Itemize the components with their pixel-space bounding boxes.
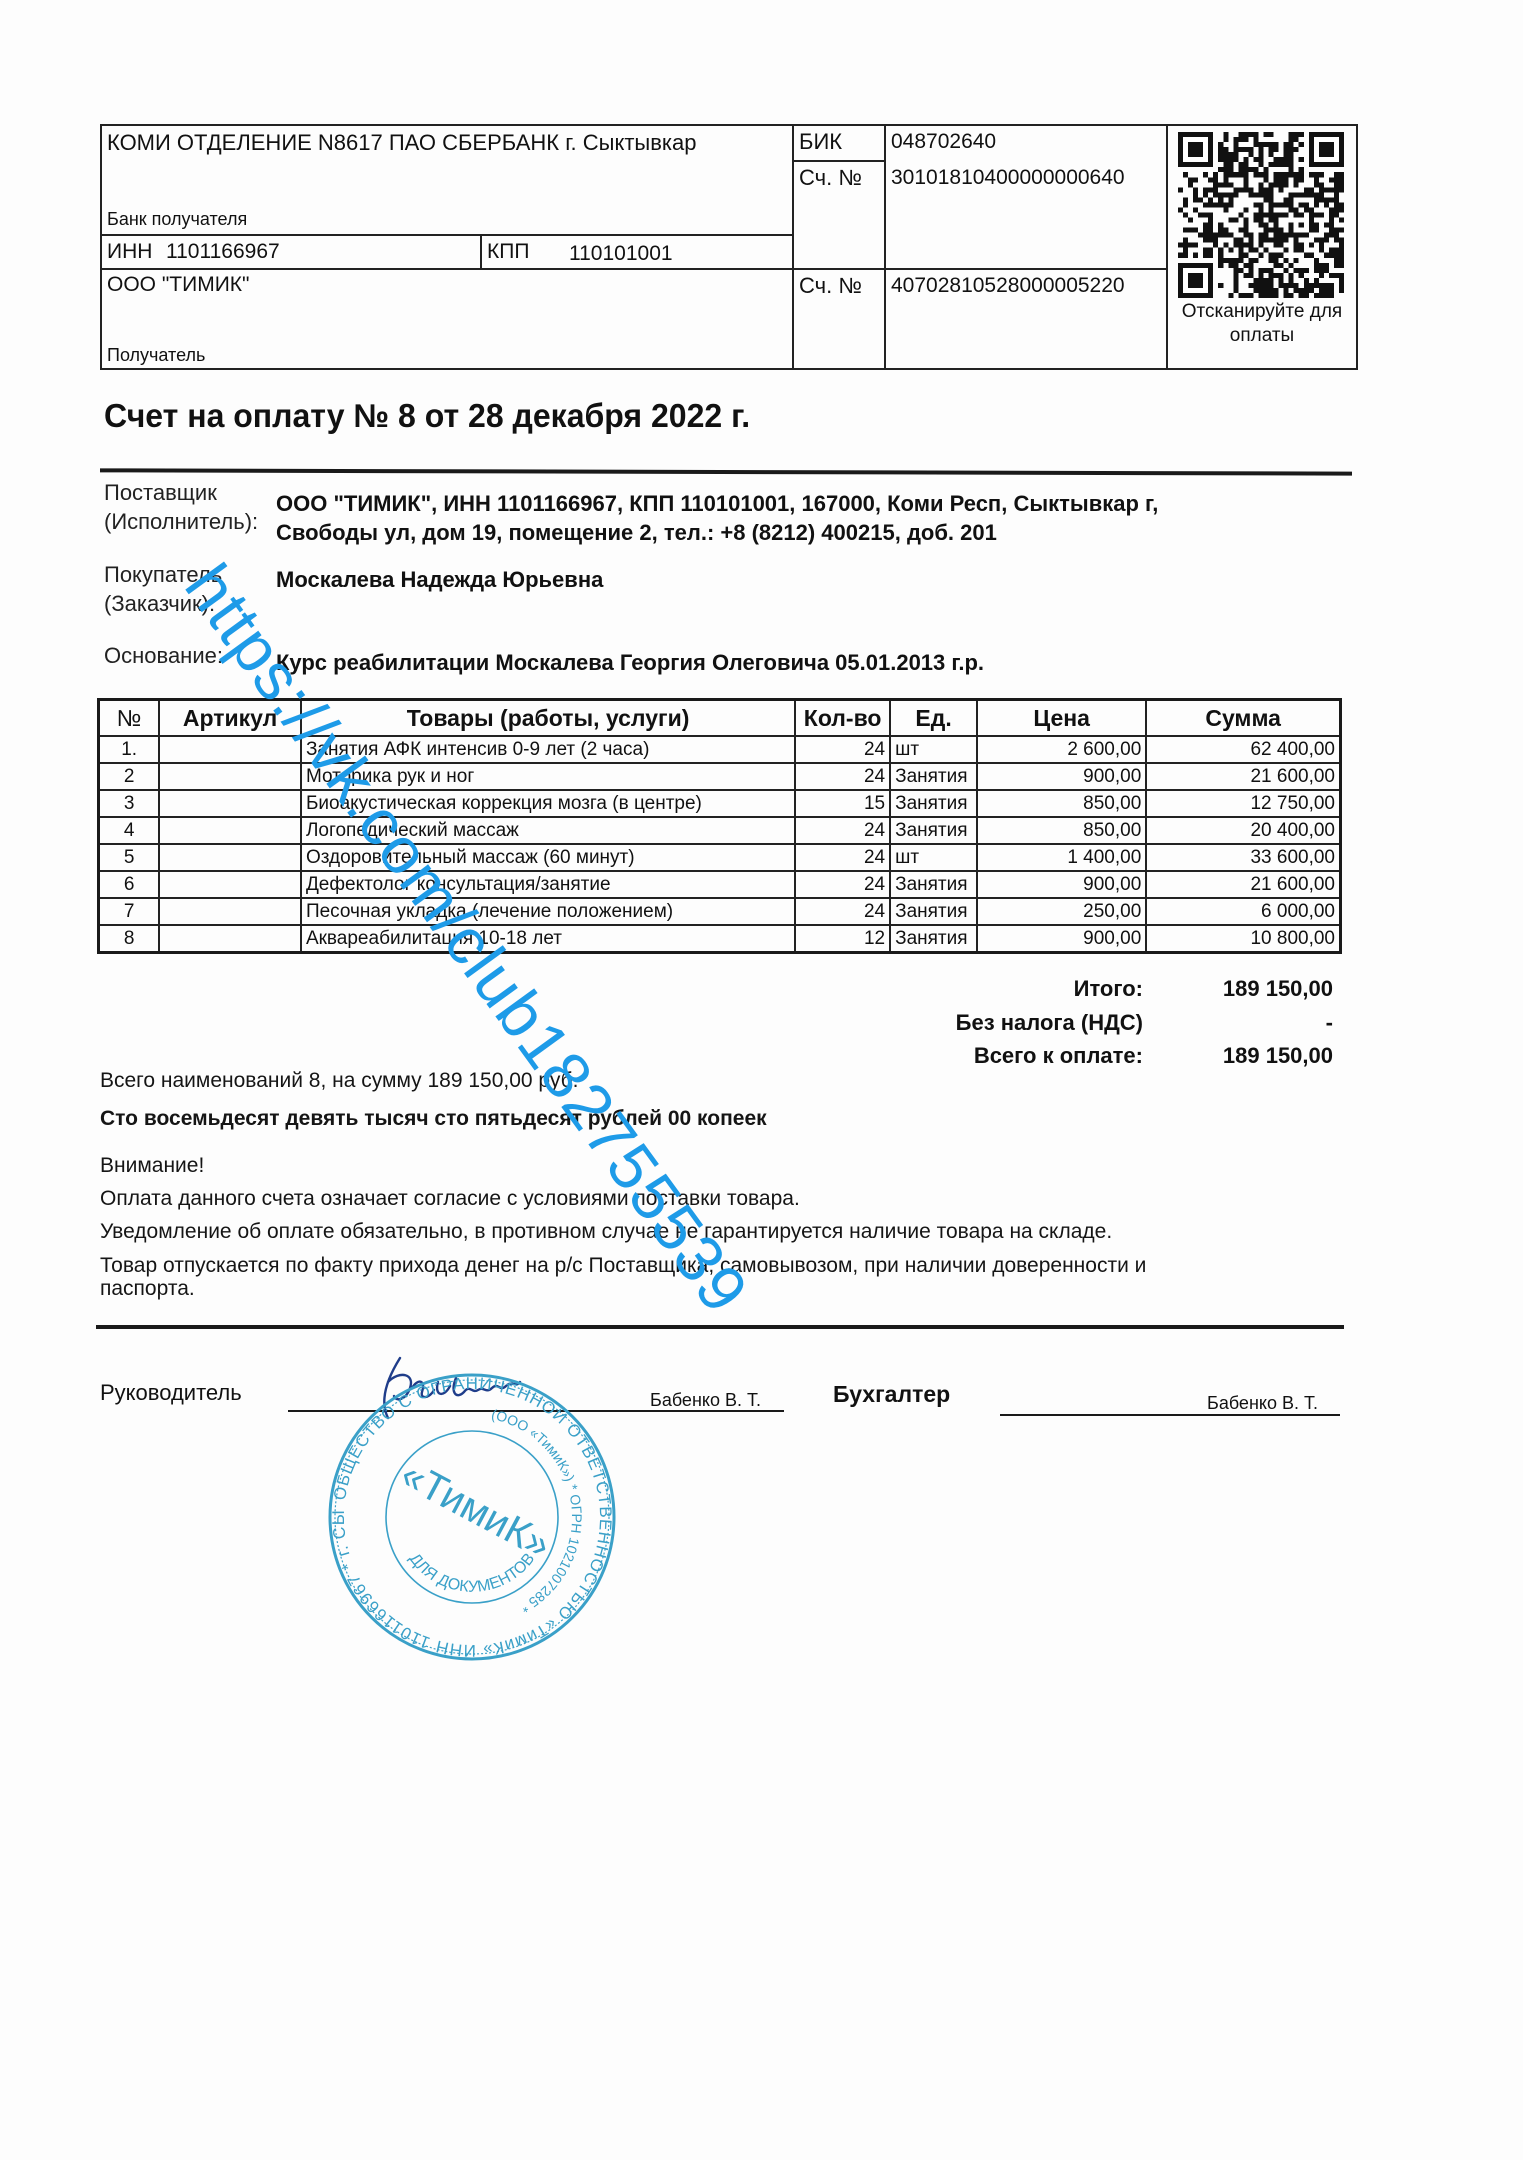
notice-line-4: паспорта. <box>100 1276 195 1301</box>
row-number: 2 <box>99 763 160 790</box>
account-value: 40702810528000005220 <box>891 274 1125 298</box>
recipient-label: Получатель <box>107 345 205 366</box>
supplier-label: Поставщик (Исполнитель): <box>104 478 258 536</box>
row-sku <box>159 925 301 953</box>
row-sum: 20 400,00 <box>1146 817 1340 844</box>
corr-account-label: Сч. № <box>799 165 862 191</box>
row-unit: Занятия <box>890 871 977 898</box>
row-unit: Занятия <box>890 925 977 953</box>
inn-label: ИНН <box>107 240 152 264</box>
row-price: 900,00 <box>977 763 1146 790</box>
row-price: 250,00 <box>977 898 1146 925</box>
amount-in-words: Сто восемьдесят девять тысяч сто пятьдес… <box>100 1106 767 1131</box>
recipient-name: ООО "ТИМИК" <box>107 273 250 297</box>
director-name: Бабенко В. Т. <box>650 1390 761 1411</box>
row-price: 2 600,00 <box>977 736 1146 763</box>
bik-value: 048702640 <box>891 130 996 154</box>
col-qty: Кол-во <box>795 700 890 737</box>
account-label-cell: Сч. № <box>794 270 886 370</box>
row-qty: 24 <box>795 763 890 790</box>
total-value: 189 150,00 <box>1223 976 1333 1002</box>
supplier-details: ООО "ТИМИК", ИНН 1101166967, КПП 1101010… <box>276 489 1158 547</box>
row-price: 900,00 <box>977 925 1146 953</box>
table-row: 2Моторика рук и ног24Занятия900,0021 600… <box>99 763 1341 790</box>
row-sum: 33 600,00 <box>1146 844 1340 871</box>
row-qty: 24 <box>795 844 890 871</box>
corr-account-value: 30101810400000000640 <box>891 166 1125 190</box>
qr-caption-line-1: Отсканируйте для <box>1168 300 1356 324</box>
row-sum: 21 600,00 <box>1146 763 1340 790</box>
row-sku <box>159 871 301 898</box>
supplier-label-line-2: (Исполнитель): <box>104 507 258 536</box>
company-stamp: ОБЩЕСТВО С ОГРАНИЧЕННОЙ ОТВЕТСТВЕННОСТЬЮ… <box>322 1372 622 1662</box>
row-unit: Занятия <box>890 817 977 844</box>
table-row: 5Оздоровительный массаж (60 минут)24шт1 … <box>99 844 1341 871</box>
account-value-cell: 40702810528000005220 <box>886 270 1168 370</box>
supplier-line-2: Свободы ул, дом 19, помещение 2, тел.: +… <box>276 518 1158 547</box>
row-qty: 24 <box>795 817 890 844</box>
row-number: 6 <box>99 871 160 898</box>
row-sku <box>159 817 301 844</box>
row-unit: Занятия <box>890 790 977 817</box>
row-goods: Песочная укладка (лечение положением) <box>301 898 795 925</box>
row-qty: 24 <box>795 898 890 925</box>
to-pay-label: Всего к оплате: <box>974 1043 1143 1069</box>
row-qty: 24 <box>795 871 890 898</box>
row-number: 3 <box>99 790 160 817</box>
row-qty: 12 <box>795 925 890 953</box>
table-row: 6Дефектолог консультация/занятие24Заняти… <box>99 871 1341 898</box>
row-sku <box>159 844 301 871</box>
accountant-name: Бабенко В. Т. <box>1207 1393 1318 1414</box>
bank-name: КОМИ ОТДЕЛЕНИЕ N8617 ПАО СБЕРБАНК г. Сык… <box>107 130 697 156</box>
inn-cell: ИНН 1101166967 <box>102 236 482 270</box>
recipient-cell: ООО "ТИМИК" Получатель <box>102 270 794 370</box>
bik-label: БИК <box>799 129 842 155</box>
accountant-label: Бухгалтер <box>833 1381 950 1408</box>
supplier-label-line-1: Поставщик <box>104 478 258 507</box>
row-qty: 24 <box>795 736 890 763</box>
notice-line-3: Товар отпускается по факту прихода денег… <box>100 1253 1146 1278</box>
row-number: 5 <box>99 844 160 871</box>
row-sum: 62 400,00 <box>1146 736 1340 763</box>
supplier-line-1: ООО "ТИМИК", ИНН 1101166967, КПП 1101010… <box>276 489 1158 518</box>
col-price: Цена <box>977 700 1146 737</box>
notice-heading: Внимание! <box>100 1153 204 1178</box>
corr-account-label-cell: Сч. № <box>794 162 886 270</box>
col-goods: Товары (работы, услуги) <box>301 700 795 737</box>
row-sku <box>159 790 301 817</box>
row-unit: Занятия <box>890 898 977 925</box>
row-qty: 15 <box>795 790 890 817</box>
kpp-label: КПП <box>487 240 529 264</box>
kpp-value: 110101001 <box>569 242 673 266</box>
row-number: 1. <box>99 736 160 763</box>
account-label: Сч. № <box>799 273 862 299</box>
row-sum: 21 600,00 <box>1146 871 1340 898</box>
row-price: 850,00 <box>977 790 1146 817</box>
row-sku <box>159 763 301 790</box>
stamp-center-text: «ТимиК» <box>394 1452 558 1567</box>
title-divider <box>100 468 1352 475</box>
row-price: 900,00 <box>977 871 1146 898</box>
bank-label: Банк получателя <box>107 209 247 230</box>
inn-value: 1101166967 <box>166 240 280 264</box>
director-label: Руководитель <box>100 1380 242 1406</box>
row-unit: Занятия <box>890 763 977 790</box>
vat-value: - <box>1326 1010 1333 1036</box>
kpp-cell: КПП 110101001 <box>482 236 794 270</box>
to-pay-value: 189 150,00 <box>1223 1043 1333 1069</box>
row-unit: шт <box>890 736 977 763</box>
qr-caption-line-2: оплаты <box>1168 324 1356 348</box>
col-unit: Ед. <box>890 700 977 737</box>
bik-label-cell: БИК <box>794 126 886 162</box>
row-number: 8 <box>99 925 160 953</box>
col-number: № <box>99 700 160 737</box>
qr-caption: Отсканируйте для оплаты <box>1168 300 1356 348</box>
row-number: 7 <box>99 898 160 925</box>
buyer-name: Москалева Надежда Юрьевна <box>276 565 603 594</box>
col-sum: Сумма <box>1146 700 1340 737</box>
qr-code-icon[interactable] <box>1178 132 1344 298</box>
qr-cell: Отсканируйте для оплаты <box>1168 126 1356 370</box>
invoice-title: Счет на оплату № 8 от 28 декабря 2022 г. <box>104 397 750 435</box>
row-sku <box>159 898 301 925</box>
row-unit: шт <box>890 844 977 871</box>
row-number: 4 <box>99 817 160 844</box>
row-price: 850,00 <box>977 817 1146 844</box>
accountant-signature-line <box>1000 1414 1340 1416</box>
row-sum: 6 000,00 <box>1146 898 1340 925</box>
row-price: 1 400,00 <box>977 844 1146 871</box>
notice-divider <box>96 1325 1344 1329</box>
vat-label: Без налога (НДС) <box>956 1010 1143 1036</box>
total-label: Итого: <box>1074 976 1143 1002</box>
bank-details-box: КОМИ ОТДЕЛЕНИЕ N8617 ПАО СБЕРБАНК г. Сык… <box>100 124 1358 370</box>
items-count-summary: Всего наименований 8, на сумму 189 150,0… <box>100 1068 578 1093</box>
row-goods: Аквареабилитация 10-18 лет <box>301 925 795 953</box>
basis-label: Основание: <box>104 641 223 670</box>
table-row: 8Аквареабилитация 10-18 лет12Занятия900,… <box>99 925 1341 953</box>
basis-value: Курс реабилитации Москалева Георгия Олег… <box>276 648 984 677</box>
row-sum: 10 800,00 <box>1146 925 1340 953</box>
corr-account-value-cell: 30101810400000000640 <box>886 162 1168 270</box>
bik-value-cell: 048702640 <box>886 126 1168 162</box>
table-row: 7Песочная укладка (лечение положением)24… <box>99 898 1341 925</box>
bank-name-cell: КОМИ ОТДЕЛЕНИЕ N8617 ПАО СБЕРБАНК г. Сык… <box>102 126 794 236</box>
table-row: 3Биоакустическая коррекция мозга (в цент… <box>99 790 1341 817</box>
notice-line-2: Уведомление об оплате обязательно, в про… <box>100 1219 1112 1244</box>
row-sum: 12 750,00 <box>1146 790 1340 817</box>
table-row: 4Логопедический массаж24Занятия850,0020 … <box>99 817 1341 844</box>
